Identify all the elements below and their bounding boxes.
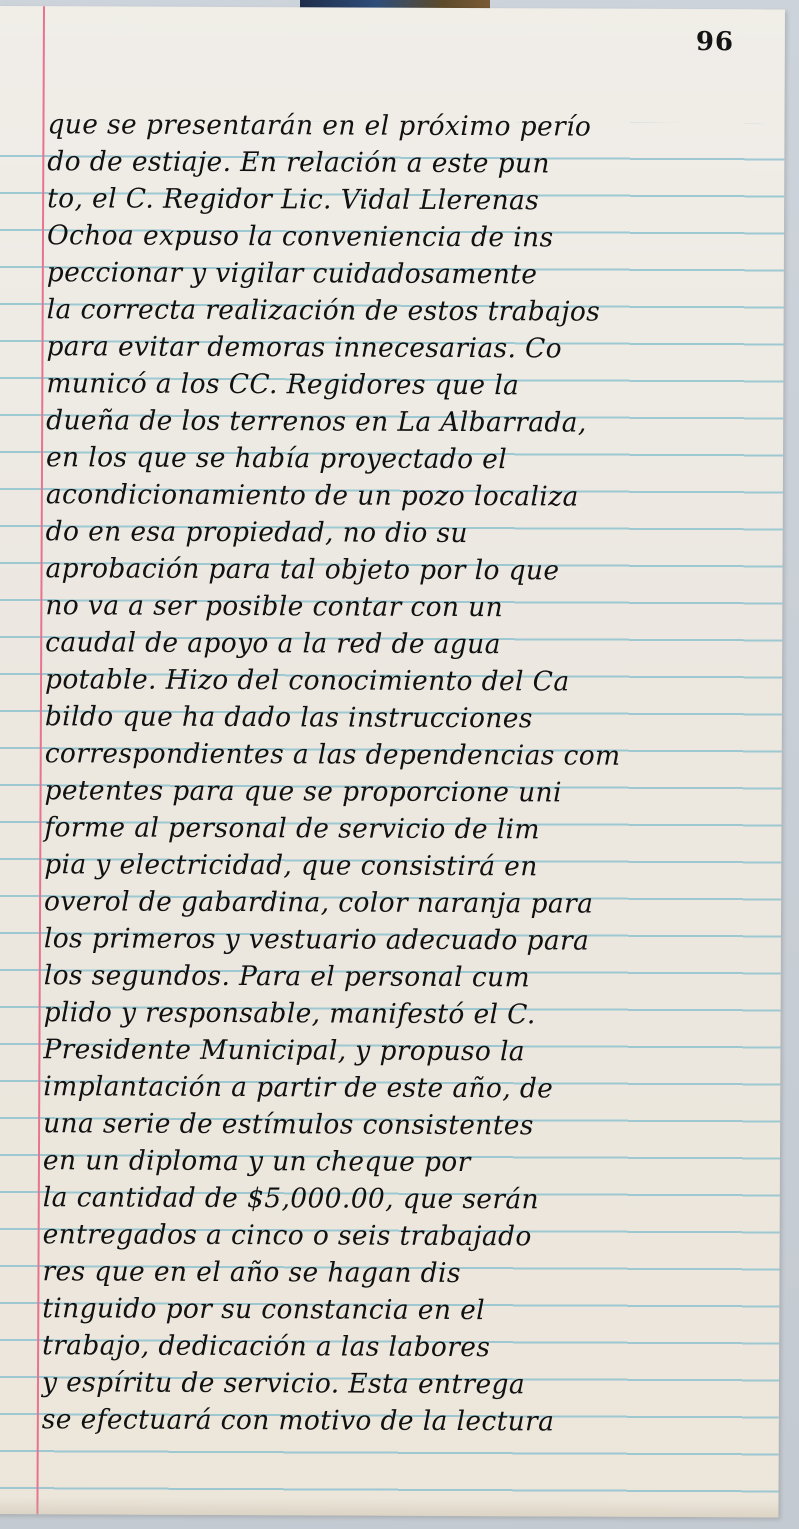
text-line: plido y responsable, manifestó el C. — [44, 994, 764, 1034]
text-line: to, el C. Regidor Lic. Vidal Llerenas — [47, 180, 767, 220]
handwritten-text: que se presentarán en el próximo perío d… — [42, 106, 783, 1441]
page-number: 96 — [696, 27, 734, 57]
text-line: acondicionamiento de un pozo localiza — [46, 476, 766, 516]
text-line: correspondientes a las dependencias com — [45, 735, 765, 775]
text-line: do en esa propiedad, no dio su — [46, 513, 766, 553]
text-line: aprobación para tal objeto por lo que — [45, 550, 765, 590]
text-line: los primeros y vestuario adecuado para — [44, 920, 764, 960]
text-line: overol de gabardina, color naranja para — [44, 883, 764, 923]
text-line: municó a los CC. Regidores que la — [46, 365, 766, 405]
text-line: una serie de estímulos consistentes — [43, 1105, 763, 1145]
photo-scene: 96 que se presentarán en el próximo perí… — [0, 0, 799, 1529]
text-line: la correcta realización de estos trabajo… — [47, 291, 767, 331]
text-line: trabajo, dedicación a las labores — [42, 1327, 762, 1367]
text-line: en los que se había proyectado el — [46, 439, 766, 479]
text-line: potable. Hizo del conocimiento del Ca — [45, 661, 765, 701]
text-line: los segundos. Para el personal cum — [44, 957, 764, 997]
text-line: dueña de los terrenos en La Albarrada, — [46, 402, 766, 442]
text-line: se efectuará con motivo de la lectura — [42, 1401, 762, 1441]
page-bottom-edge — [0, 1496, 778, 1517]
text-line: forme al personal de servicio de lim — [44, 809, 764, 849]
text-line: la cantidad de $5,000.00, que serán — [43, 1179, 763, 1219]
text-line: implantación a partir de este año, de — [43, 1068, 763, 1108]
text-line: Presidente Municipal, y propuso la — [43, 1031, 763, 1071]
text-line: tinguido por su constancia en el — [42, 1290, 762, 1330]
text-line: que se presentarán en el próximo perío — [47, 106, 767, 146]
text-line: en un diploma y un cheque por — [43, 1142, 763, 1182]
text-line: bildo que ha dado las instrucciones — [45, 698, 765, 738]
text-line: no va a ser posible contar con un — [45, 587, 765, 627]
text-line: y espíritu de servicio. Esta entrega — [42, 1364, 762, 1404]
text-line: para evitar demoras innecesarias. Co — [46, 328, 766, 368]
text-line: Ochoa expuso la conveniencia de ins — [47, 217, 767, 257]
text-line: pia y electricidad, que consistirá en — [44, 846, 764, 886]
text-line: caudal de apoyo a la red de agua — [45, 624, 765, 664]
text-line: entregados a cinco o seis trabajado — [43, 1216, 763, 1256]
text-line: do de estiaje. En relación a este pun — [47, 143, 767, 183]
text-line: petentes para que se proporcione uni — [44, 772, 764, 812]
ledger-page: 96 que se presentarán en el próximo perí… — [0, 6, 785, 1517]
text-line: res que en el año se hagan dis — [42, 1253, 762, 1293]
text-line: peccionar y vigilar cuidadosamente — [47, 254, 767, 294]
